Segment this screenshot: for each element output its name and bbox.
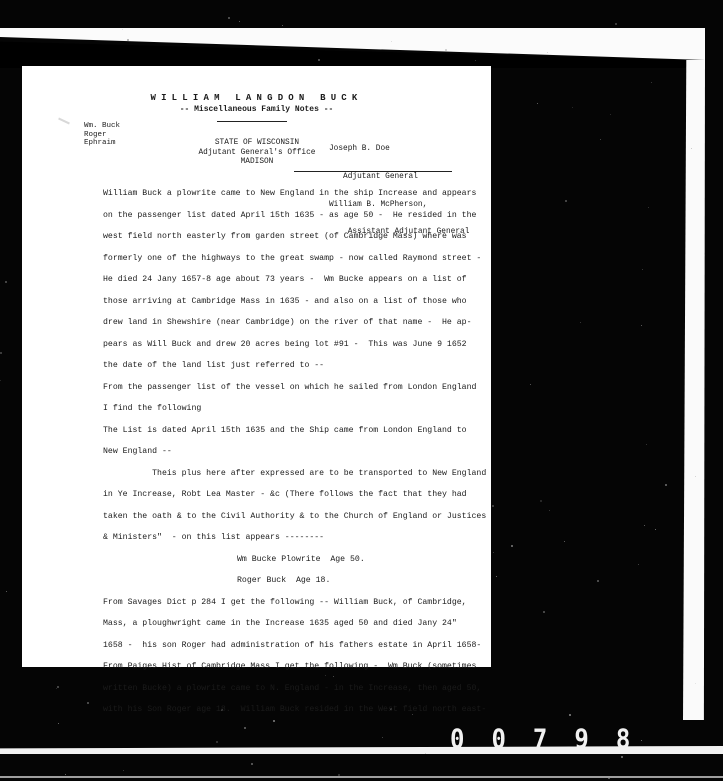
- body-line: Wm Bucke Plowrite Age 50.: [103, 549, 483, 571]
- body-line: pears as Will Buck and drew 20 acres bei…: [103, 334, 483, 356]
- family-name: Wm. Buck: [84, 122, 120, 131]
- office-department: Adjutant General's Office: [182, 149, 332, 159]
- body-line: taken the oath & to the Civil Authority …: [103, 506, 483, 528]
- body-line: 1658 - his son Roger had administration …: [103, 635, 483, 657]
- body-line: I find the following: [103, 398, 483, 420]
- body-line: Theis plus here after expressed are to b…: [103, 463, 483, 485]
- body-line: with his Son Roger age 18. William Buck …: [103, 699, 483, 721]
- document-title: WILLIAM LANGDON BUCK: [22, 94, 491, 103]
- body-line: Mass, a ploughwright came in the Increas…: [103, 613, 483, 635]
- official-line: Joseph B. Doe: [329, 145, 469, 154]
- title-rule: [217, 121, 287, 122]
- body-line: on the passenger list dated April 15th 1…: [103, 205, 483, 227]
- office-state: STATE OF WISCONSIN: [182, 139, 332, 149]
- official-line: Adjutant General: [329, 173, 469, 182]
- body-line: From Paiges Hist of Cambridge Mass I get…: [103, 656, 483, 678]
- body-line: the date of the land list just referred …: [103, 355, 483, 377]
- film-edge-right: [683, 60, 705, 720]
- frame-digit: 8: [616, 724, 630, 755]
- office-city: MADISON: [182, 158, 332, 168]
- body-line: William Buck a plowrite came to New Engl…: [103, 183, 483, 205]
- family-name: Ephraim: [84, 139, 120, 148]
- document-page: WILLIAM LANGDON BUCK -- Miscellaneous Fa…: [22, 66, 491, 667]
- family-name: Roger: [84, 131, 120, 140]
- body-line: From the passenger list of the vessel on…: [103, 377, 483, 399]
- document-subtitle: -- Miscellaneous Family Notes --: [22, 106, 491, 114]
- document-body: William Buck a plowrite came to New Engl…: [103, 183, 483, 721]
- office-heading: STATE OF WISCONSIN Adjutant General's Of…: [182, 139, 332, 168]
- body-line: written Bucke) a plowrite came to N. Eng…: [103, 678, 483, 700]
- frame-digit: 0: [491, 724, 505, 755]
- body-line: west field north easterly from garden st…: [103, 226, 483, 248]
- family-names-list: Wm. Buck Roger Ephraim: [84, 122, 120, 148]
- frame-digit: 7: [533, 724, 547, 755]
- body-line: those arriving at Cambridge Mass in 1635…: [103, 291, 483, 313]
- body-line: New England --: [103, 441, 483, 463]
- body-line: Roger Buck Age 18.: [103, 570, 483, 592]
- body-line: The List is dated April 15th 1635 and th…: [103, 420, 483, 442]
- frame-digit: 9: [574, 724, 588, 755]
- film-edge-bottom-line: [0, 776, 723, 778]
- body-line: & Ministers" - on this list appears ----…: [103, 527, 483, 549]
- body-line: drew land in Shewshire (near Cambridge) …: [103, 312, 483, 334]
- body-line: From Savages Dict p 284 I get the follow…: [103, 592, 483, 614]
- body-line: formerly one of the highways to the grea…: [103, 248, 483, 270]
- frame-number: 0 0 7 9 8: [450, 725, 630, 753]
- frame-digit: 0: [450, 724, 464, 755]
- body-line: in Ye Increase, Robt Lea Master - &c (Th…: [103, 484, 483, 506]
- body-line: He died 24 Jany 1657-8 age about 73 year…: [103, 269, 483, 291]
